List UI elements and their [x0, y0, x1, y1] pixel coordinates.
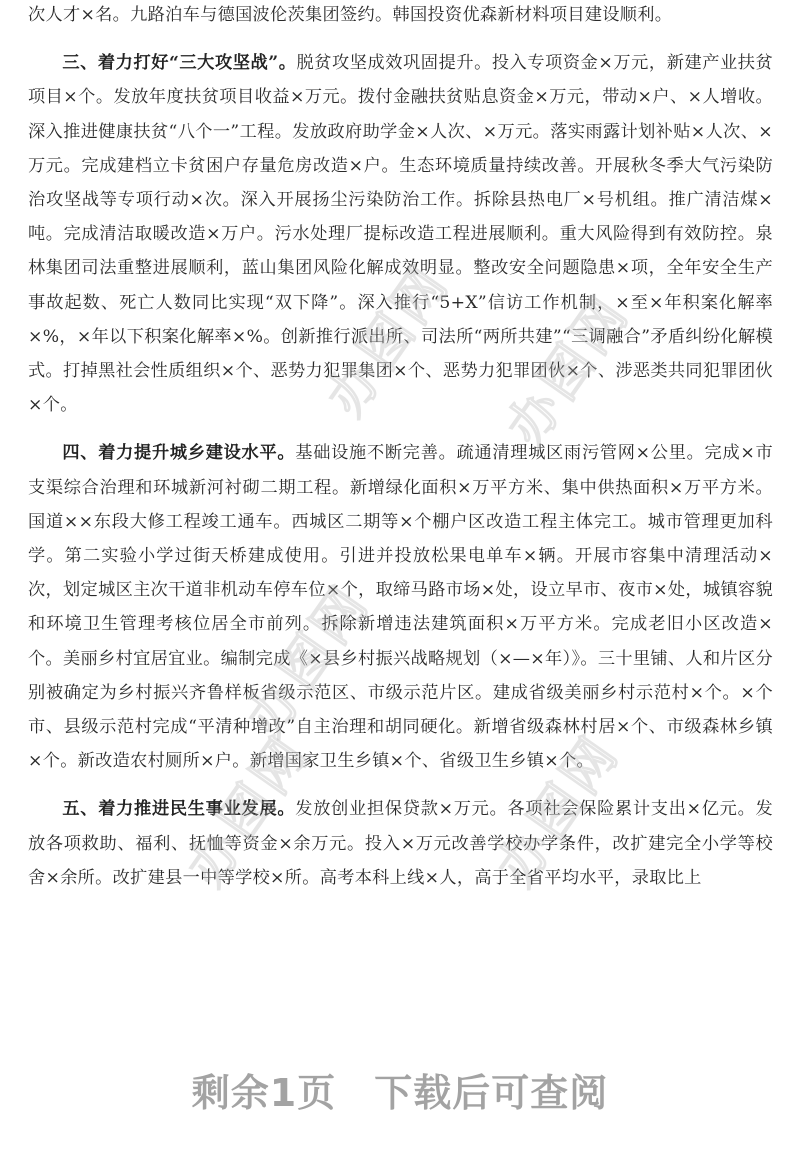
document-page: 次人才×名。九路泊车与德国波伦茨集团签约。韩国投资优森新材料项目建设顺利。 三、…: [0, 0, 800, 1164]
section-heading: 五、着力推进民生事业发展。: [62, 799, 295, 819]
paragraph-section-3: 三、着力打好“三大攻坚战”。脱贫攻坚成效巩固提升。投入专项资金×万元，新建产业扶…: [28, 46, 773, 422]
paragraph-text: 脱贫攻坚成效巩固提升。投入专项资金×万元，新建产业扶贫项目×个。发放年度扶贫项目…: [28, 53, 773, 415]
document-body: 次人才×名。九路泊车与德国波伦茨集团签约。韩国投资优森新材料项目建设顺利。 三、…: [28, 0, 773, 895]
paragraph-section-5: 五、着力推进民生事业发展。发放创业担保贷款×万元。各项社会保险累计支出×亿元。发…: [28, 792, 773, 895]
download-to-view-label[interactable]: 下载后可查阅: [374, 1071, 608, 1115]
paragraph-continuation: 次人才×名。九路泊车与德国波伦茨集团签约。韩国投资优森新材料项目建设顺利。: [28, 0, 773, 32]
paragraph-text: 基础设施不断完善。疏通清理城区雨污管网×公里。完成×市支渠综合治理和环城新河衬砌…: [28, 443, 773, 771]
paragraph-section-4: 四、着力提升城乡建设水平。基础设施不断完善。疏通清理城区雨污管网×公里。完成×市…: [28, 436, 773, 778]
section-heading: 四、着力提升城乡建设水平。: [62, 443, 295, 463]
download-prompt-banner[interactable]: 剩余1页下载后可查阅: [0, 1062, 800, 1117]
remaining-pages-label: 剩余1页: [192, 1071, 336, 1115]
section-heading: 三、着力打好“三大攻坚战”。: [62, 53, 296, 73]
paragraph-text: 次人才×名。九路泊车与德国波伦茨集团签约。韩国投资优森新材料项目建设顺利。: [28, 5, 672, 25]
